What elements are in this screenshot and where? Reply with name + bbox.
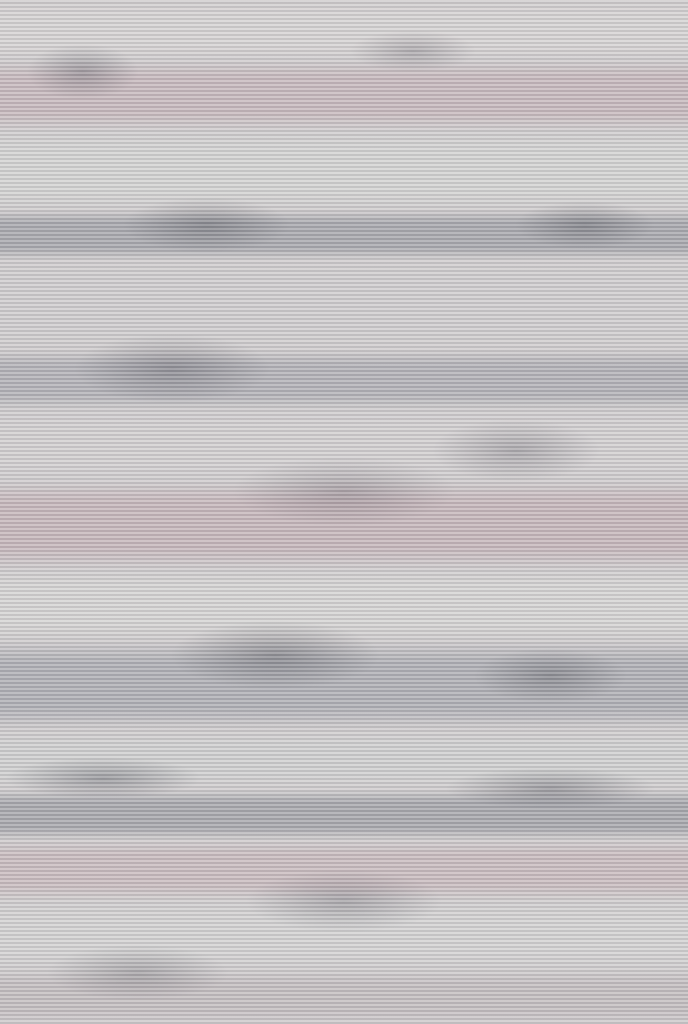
ribbed-weave-texture <box>0 0 688 1024</box>
rug-photo <box>0 0 688 1024</box>
